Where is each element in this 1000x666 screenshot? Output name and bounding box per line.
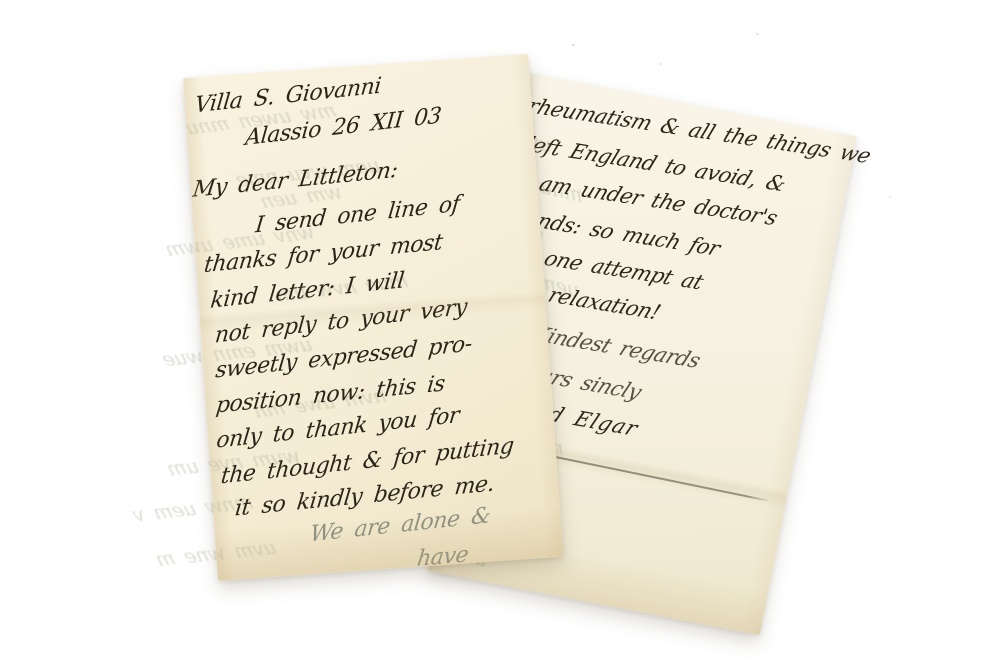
dust-speck bbox=[660, 63, 662, 65]
letter-page-1: mw uwen mnu uem wvu nme wnv ume uwm mue … bbox=[183, 54, 563, 581]
show-through-writing: uvm wne m bbox=[153, 535, 280, 571]
dust-speck bbox=[756, 33, 759, 35]
letter-photograph: uwm nev mwu e mnu wve um wun mue vnm uem… bbox=[0, 0, 1000, 666]
dust-speck bbox=[572, 44, 575, 46]
dust-speck bbox=[889, 196, 891, 198]
manuscript-line-faded: have bbox=[416, 542, 470, 572]
